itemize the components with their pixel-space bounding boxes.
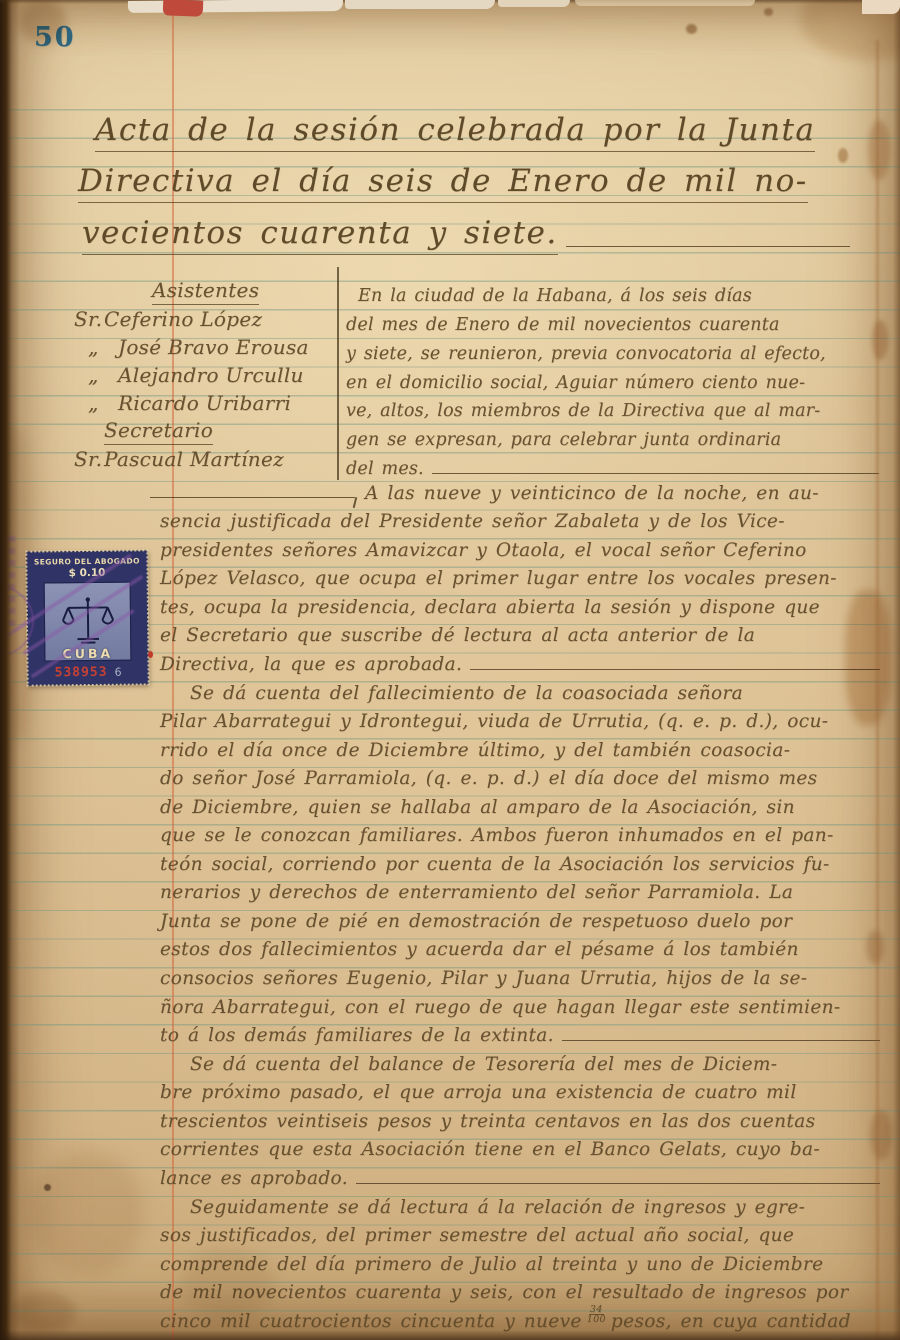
paragraph-line: corrientes que esta Asociación tiene en … <box>160 1135 884 1164</box>
binding-edge <box>0 0 20 1340</box>
paragraph-line: A las nueve y veinticinco de la noche, e… <box>160 478 884 507</box>
paragraph-line: comprende del día primero de Julio al tr… <box>160 1249 884 1278</box>
paper-stain <box>764 8 773 16</box>
paragraph-line: tes, ocupa la presidencia, declara abier… <box>160 592 884 621</box>
paragraph-line: Seguidamente se dá lectura á la relación… <box>160 1192 884 1221</box>
paragraph-line: Se dá cuenta del fallecimiento de la coa… <box>160 678 884 707</box>
ink-filler-line <box>566 246 850 247</box>
paper-stain <box>12 1292 76 1332</box>
attendees-list: Asistentes Sr.Ceferino López „José Bravo… <box>74 279 336 473</box>
edge-purple-mark <box>2 536 15 628</box>
right-edge-shadow <box>893 0 900 1340</box>
paragraph-line: en el domicilio social, Aguiar número ci… <box>346 367 883 396</box>
paragraph-line: teón social, corriendo por cuenta de la … <box>160 849 884 878</box>
title-line-2: Directiva el día seis de Enero de mil no… <box>78 161 838 203</box>
paragraph-line: Junta se pone de pié en demostración de … <box>160 906 884 935</box>
stamp-country: CUBA <box>32 645 143 661</box>
top-edge-shadow <box>0 0 900 4</box>
paragraph-leader-line <box>150 494 355 498</box>
paragraph-line: do señor José Parramiola, (q. e. p. d.) … <box>160 764 884 793</box>
paragraph-line: Pilar Abarrategui y Idrontegui, viuda de… <box>160 707 884 736</box>
title-line-3: vecientos cuarenta y siete. <box>82 213 854 255</box>
attendee-row: „Alejandro Urcullu <box>74 361 336 389</box>
paragraph-line: bre próximo pasado, el que arroja una ex… <box>160 1078 884 1107</box>
paragraph-3: Se dá cuenta del fallecimiento de la coa… <box>160 678 884 1049</box>
column-divider-line <box>337 267 339 480</box>
torn-edge-fragment <box>575 0 755 6</box>
paragraph-2: A las nueve y veinticinco de la noche, e… <box>160 478 884 678</box>
paper-stain <box>44 1184 51 1191</box>
paragraph-line: En la ciudad de la Habana, á los seis dí… <box>346 280 883 309</box>
stamp-serial-row: 538953 6 <box>32 664 143 680</box>
title-line-1: Acta de la sesión celebrada por la Junta <box>95 110 855 152</box>
paragraph-line: nerarios y derechos de enterramiento del… <box>160 878 884 907</box>
attendee-row-secretario: Secretario <box>74 417 336 445</box>
attendee-row: Sr.Ceferino López <box>74 305 336 333</box>
paragraph-line: López Velasco, que ocupa el primer lugar… <box>160 564 884 593</box>
paragraph-line: que se le conozcan familiares. Ambos fue… <box>160 821 884 850</box>
paragraph-line: trescientos veintiseis pesos y treinta c… <box>160 1106 884 1135</box>
paragraph-line: sencia justificada del Presidente señor … <box>160 507 884 536</box>
paragraph-1: En la ciudad de la Habana, á los seis dí… <box>346 280 883 482</box>
attendee-row: Sr.Pascual Martínez <box>74 445 336 473</box>
stamp-value: $ 0.10 <box>31 566 142 579</box>
paper-stain <box>30 1150 145 1275</box>
torn-edge-fragment <box>128 0 343 13</box>
paragraph-line: to á los demás familiares de la extinta. <box>160 1021 884 1050</box>
stamp-header: SEGURO DEL ABOGADO <box>31 556 142 566</box>
paragraph-line-with-fraction: cinco mil cuatrocientos cincuenta y nuev… <box>160 1306 884 1335</box>
manuscript-page: 50 Acta de la sesión celebrada por la Ju… <box>0 0 900 1340</box>
paragraph-line: el Secretario que suscribe dé lectura al… <box>160 621 884 650</box>
ink-filler-line <box>562 1037 880 1041</box>
ink-filler-line <box>356 1180 880 1184</box>
torn-edge-fragment <box>345 0 495 9</box>
paragraph-line: lance es aprobado. <box>160 1163 884 1192</box>
stamp-serial-suffix: 6 <box>114 666 121 679</box>
fraction-34-100: 34100 <box>587 1305 606 1327</box>
attendees-heading: Asistentes <box>152 279 336 305</box>
paper-stain <box>868 120 890 180</box>
stamp-serial-number: 538953 <box>55 665 108 681</box>
paragraph-line: ve, altos, los miembros de la Directiva … <box>346 396 883 425</box>
scales-of-justice-icon <box>60 595 115 648</box>
paragraph-5: Seguidamente se dá lectura á la relación… <box>160 1192 884 1335</box>
attendee-row: „Ricardo Uribarri <box>74 389 336 417</box>
red-edge-fragment <box>163 0 204 17</box>
revenue-stamp: SEGURO DEL ABOGADO $ 0.10 CUBA 538953 <box>26 550 148 685</box>
paper-stain <box>800 0 900 60</box>
paragraph-line: gen se expresan, para celebrar junta ord… <box>346 424 883 453</box>
ink-filler-line <box>432 470 879 474</box>
paragraph-line: Se dá cuenta del balance de Tesorería de… <box>160 1049 884 1078</box>
red-ink-dot <box>148 651 153 658</box>
paragraph-line: del mes de Enero de mil novecientos cuar… <box>346 309 883 338</box>
paragraph-line: de mil novecientos cuarenta y seis, con … <box>160 1278 884 1307</box>
paragraph-line: Directiva, la que es aprobada. <box>160 649 884 678</box>
torn-edge-fragment <box>862 0 900 14</box>
paragraph-line: estos dos fallecimientos y acuerda dar e… <box>160 935 884 964</box>
attendee-row: „José Bravo Erousa <box>74 333 336 361</box>
ink-filler-line <box>470 666 880 670</box>
paragraph-line: presidentes señores Amavizcar y Otaola, … <box>160 535 884 564</box>
torn-edge-fragment <box>498 0 570 7</box>
paragraph-line: ñora Abarrategui, con el ruego de que ha… <box>160 992 884 1021</box>
paragraph-line: consocios señores Eugenio, Pilar y Juana… <box>160 963 884 992</box>
paper-stain <box>686 24 697 34</box>
paragraph-line: y siete, se reunieron, previa convocator… <box>346 338 883 367</box>
paragraph-line: de Diciembre, quien se hallaba al amparo… <box>160 792 884 821</box>
paragraph-line: sos justificados, del primer semestre de… <box>160 1221 884 1250</box>
paragraph-4: Se dá cuenta del balance de Tesorería de… <box>160 1049 884 1192</box>
page-number: 50 <box>34 22 76 53</box>
paragraph-line: rrido el día once de Diciembre último, y… <box>160 735 884 764</box>
